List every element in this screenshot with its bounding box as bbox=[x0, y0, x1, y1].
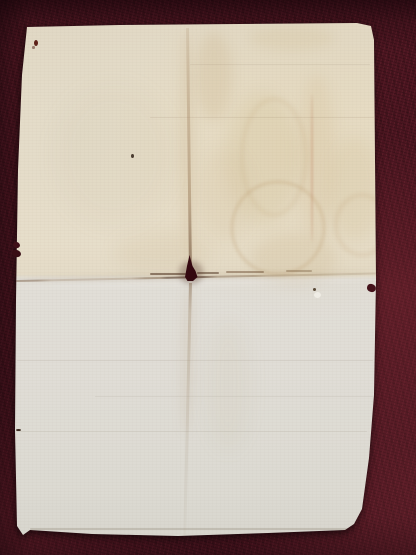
left-edge-nick-1 bbox=[12, 241, 20, 249]
photo-canvas bbox=[0, 0, 416, 555]
edge-tear-overlay-layer bbox=[0, 0, 416, 555]
right-edge-tear bbox=[366, 283, 377, 293]
left-edge-nick-2 bbox=[11, 249, 21, 258]
